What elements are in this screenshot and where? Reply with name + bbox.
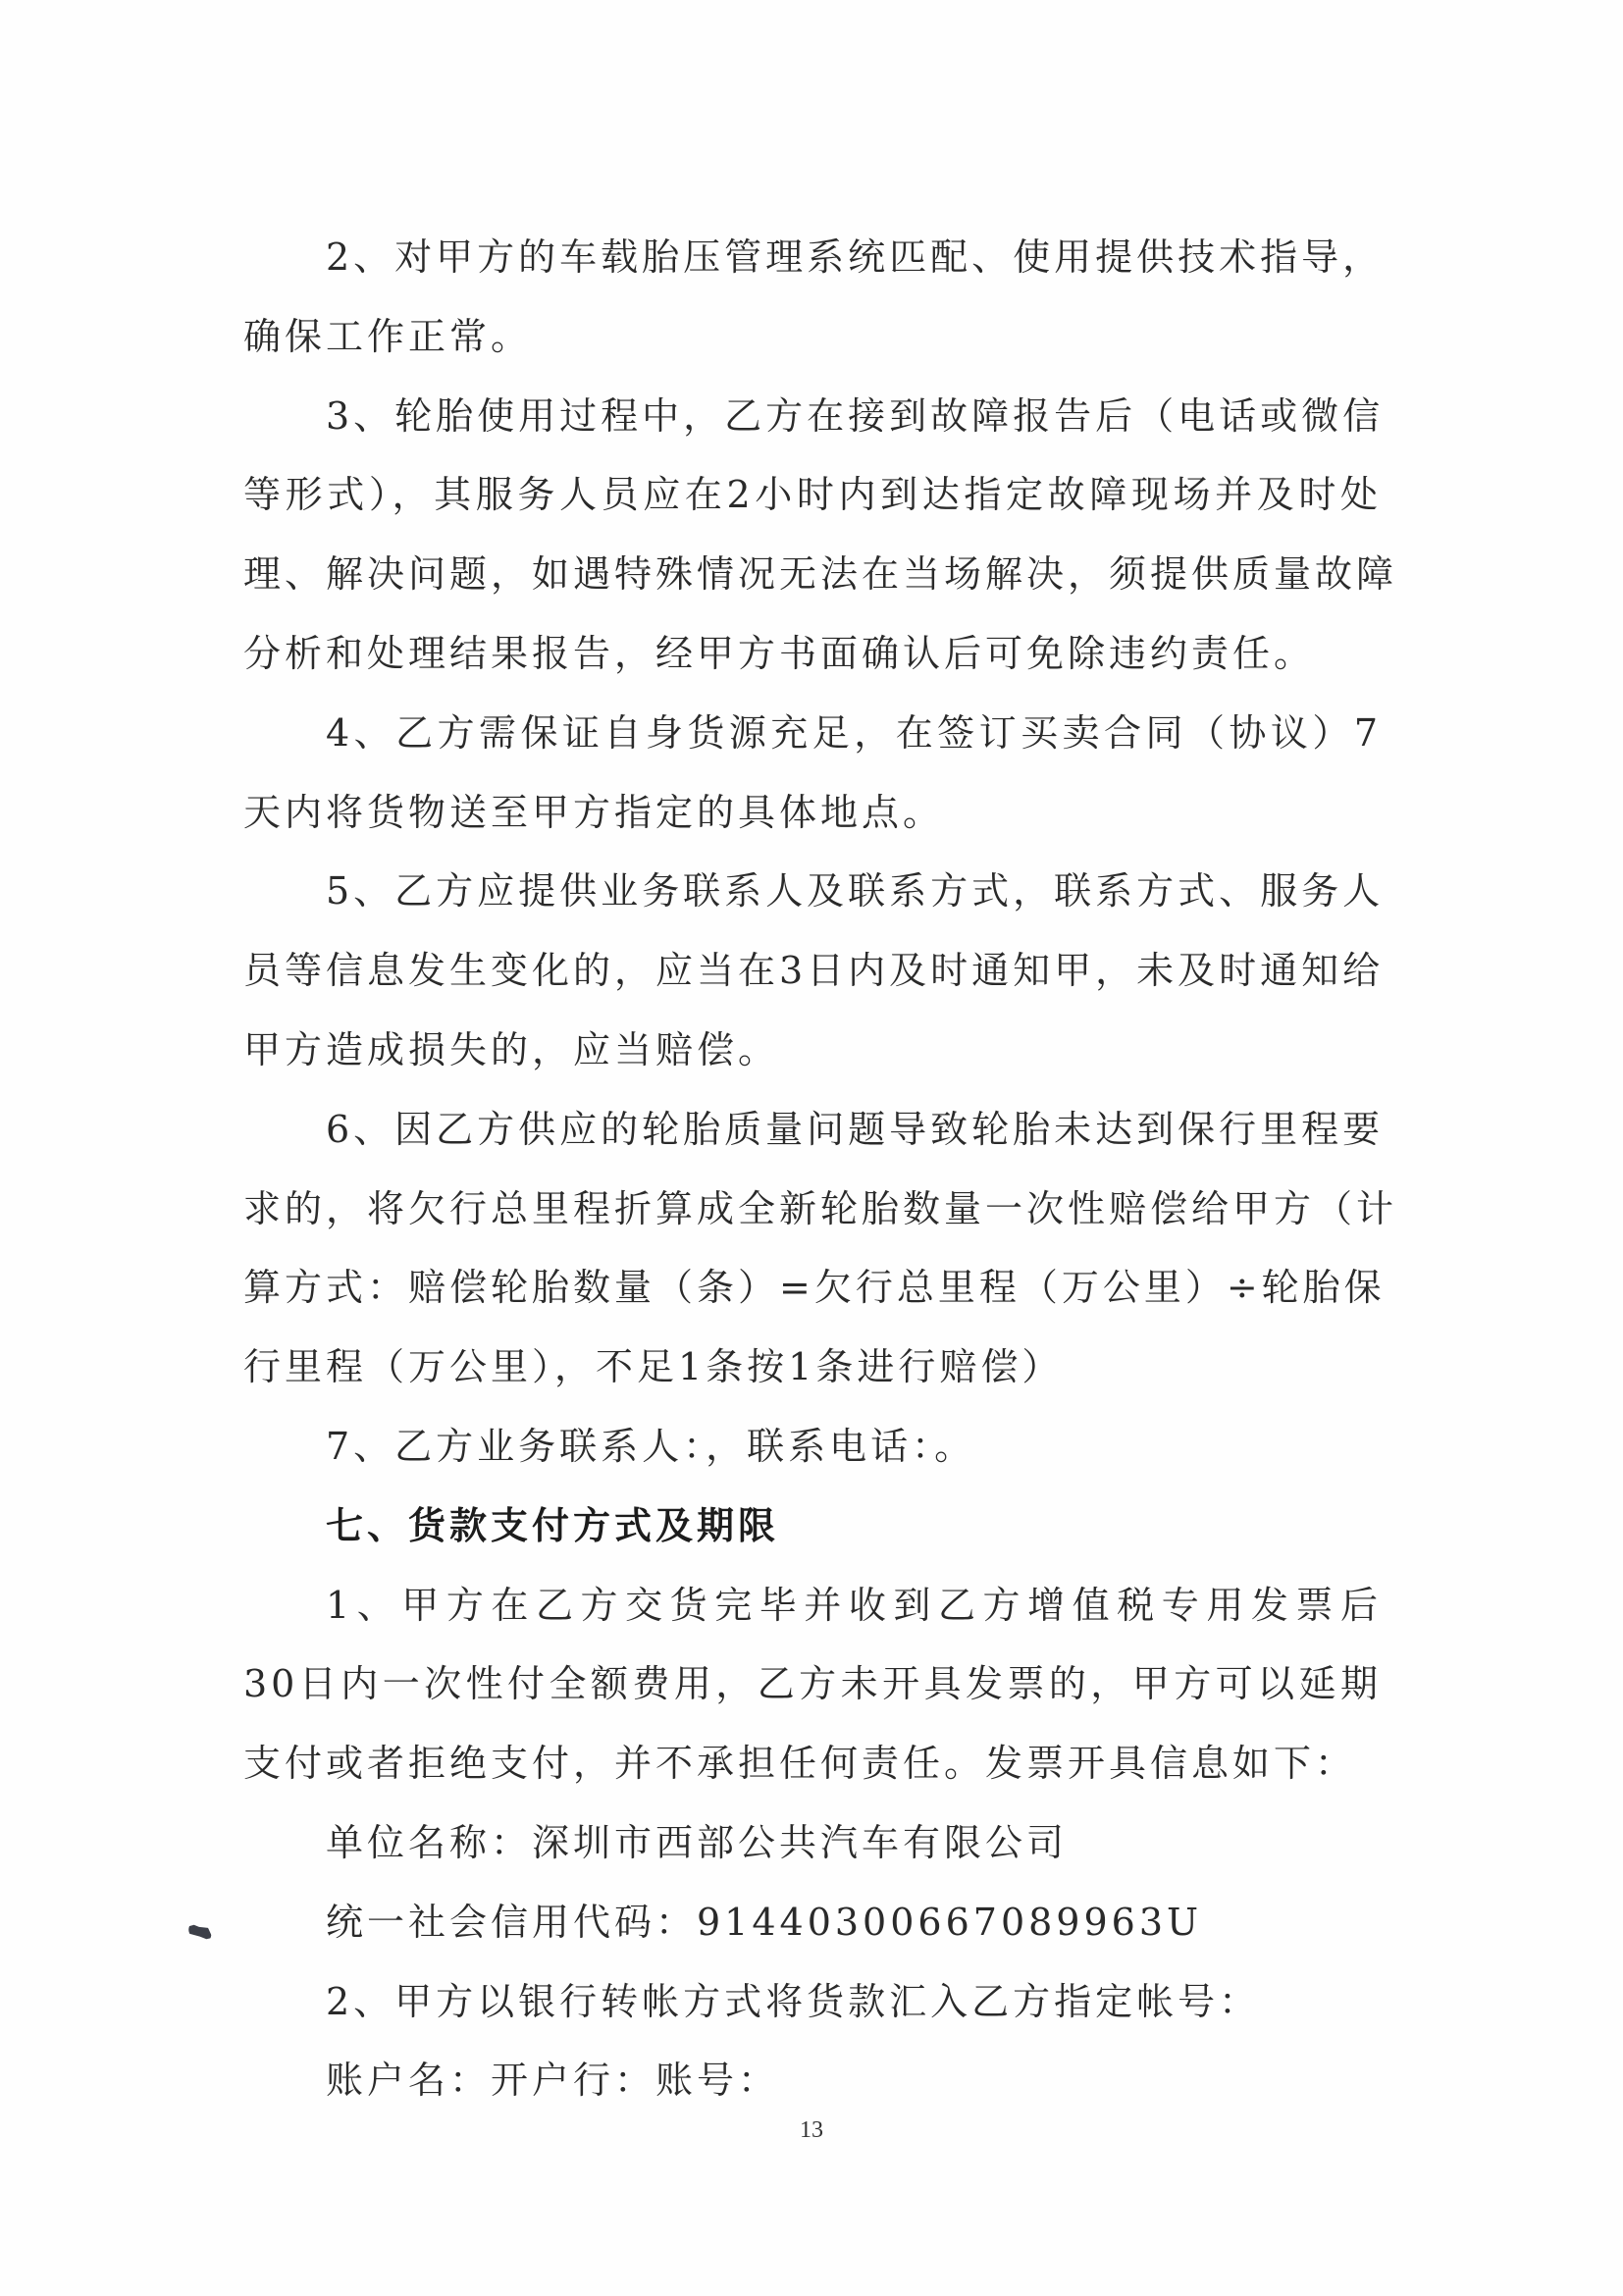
clause-6-item-6-line-2: 求的，将欠行总里程折算成全新轮胎数量一次性赔偿给甲方（计 bbox=[243, 1185, 1382, 1265]
clause-6-item-5-line-2: 员等信息发生变化的，应当在3日内及时通知甲，未及时通知给 bbox=[243, 947, 1382, 1026]
clause-6-item-6-line-3: 算方式：赔偿轮胎数量（条）=欠行总里程（万公里）÷轮胎保 bbox=[243, 1264, 1382, 1343]
clause-6-item-7: 7、乙方业务联系人：，联系电话：。 bbox=[243, 1423, 1382, 1502]
page-number: 13 bbox=[0, 2117, 1623, 2144]
clause-6-item-4-line-1: 4、乙方需保证自身货源充足，在签订买卖合同（协议）7 bbox=[243, 709, 1382, 789]
clause-6-item-3-line-4: 分析和处理结果报告，经甲方书面确认后可免除违约责任。 bbox=[243, 630, 1382, 709]
invoice-credit-code: 统一社会信用代码：91440300667089963U bbox=[243, 1899, 1382, 1978]
clause-6-item-6-line-1: 6、因乙方供应的轮胎质量问题导致轮胎未达到保行里程要 bbox=[243, 1106, 1382, 1185]
clause-7-item-2: 2、甲方以银行转帐方式将货款汇入乙方指定帐号： bbox=[243, 1978, 1382, 2058]
clause-6-item-5-line-3: 甲方造成损失的，应当赔偿。 bbox=[243, 1026, 1382, 1106]
clause-6-item-6-line-4: 行里程（万公里），不足1条按1条进行赔偿） bbox=[243, 1343, 1382, 1423]
section-heading-payment: 七、货款支付方式及期限 bbox=[243, 1502, 1382, 1582]
clause-6-item-2-line-2: 确保工作正常。 bbox=[243, 313, 1382, 392]
clause-6-item-3-line-2: 等形式），其服务人员应在2小时内到达指定故障现场并及时处 bbox=[243, 471, 1382, 550]
document-page: 2、对甲方的车载胎压管理系统匹配、使用提供技术指导， 确保工作正常。 3、轮胎使… bbox=[0, 0, 1623, 2296]
clause-6-item-3-line-1: 3、轮胎使用过程中，乙方在接到故障报告后（电话或微信 bbox=[243, 392, 1382, 472]
clause-6-item-4-line-2: 天内将货物送至甲方指定的具体地点。 bbox=[243, 789, 1382, 868]
clause-7-item-1-line-3: 支付或者拒绝支付，并不承担任何责任。发票开具信息如下： bbox=[243, 1740, 1382, 1819]
contract-text-block: 2、对甲方的车载胎压管理系统匹配、使用提供技术指导， 确保工作正常。 3、轮胎使… bbox=[243, 234, 1382, 2136]
clause-7-item-1-line-1: 1、甲方在乙方交货完毕并收到乙方增值税专用发票后 bbox=[243, 1582, 1382, 1661]
clause-6-item-5-line-1: 5、乙方应提供业务联系人及联系方式，联系方式、服务人 bbox=[243, 867, 1382, 947]
invoice-company-name: 单位名称：深圳市西部公共汽车有限公司 bbox=[243, 1819, 1382, 1899]
clause-7-item-1-line-2: 30日内一次性付全额费用，乙方未开具发票的，甲方可以延期 bbox=[243, 1660, 1382, 1740]
clause-6-item-2-line-1: 2、对甲方的车载胎压管理系统匹配、使用提供技术指导， bbox=[243, 234, 1382, 313]
scan-artifact bbox=[185, 1916, 215, 1947]
clause-6-item-3-line-3: 理、解决问题，如遇特殊情况无法在当场解决，须提供质量故障 bbox=[243, 550, 1382, 630]
